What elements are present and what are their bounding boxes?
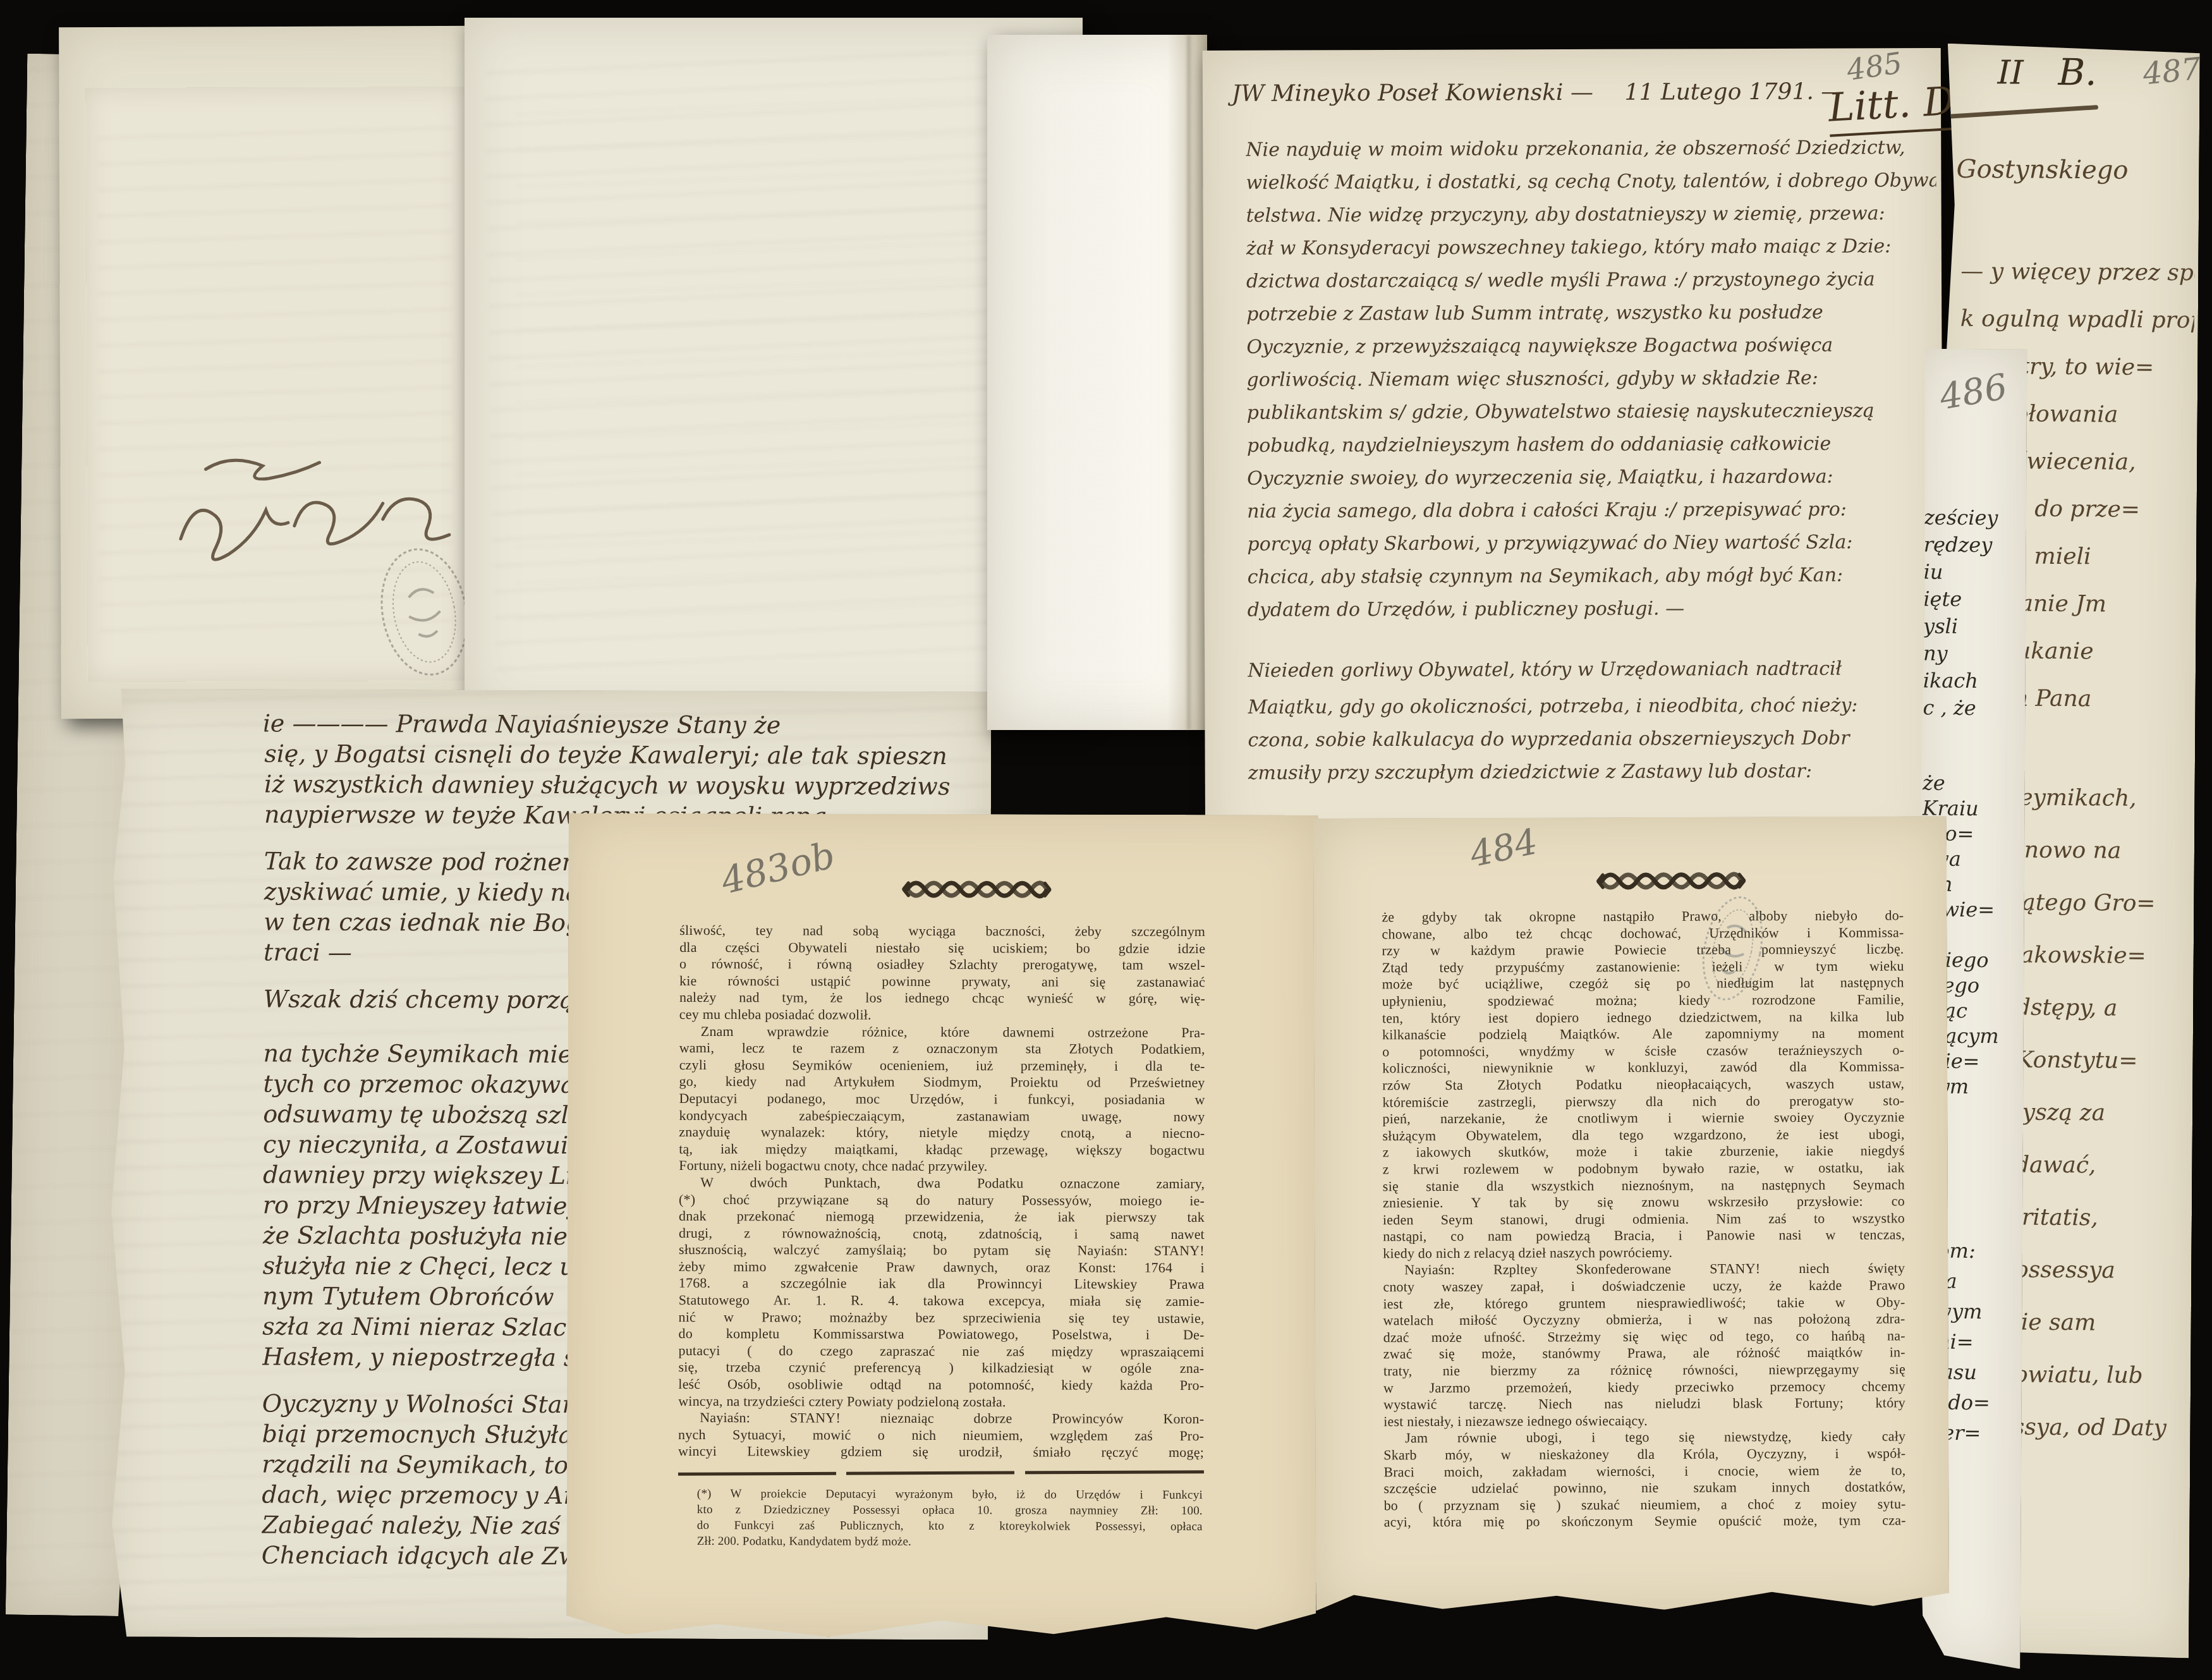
header-b-mark: B.	[2058, 51, 2097, 94]
header-author-date: JW Mineyko Poseł Kowienski — 11 Lutego 1…	[1232, 79, 1844, 107]
footnote-rule	[678, 1470, 1204, 1476]
printed-line: chowane, albo też chcąc dochować, Urzędn…	[1382, 924, 1904, 942]
printed-line: dla części Obywateli niestało się uciski…	[679, 939, 1205, 958]
printed-line: Deputacyi podanego, moc Urzędów, i funkc…	[679, 1090, 1205, 1109]
printed-line: ieden Seym stanowi, drugi odmienia. Nim …	[1383, 1210, 1905, 1228]
printed-line: wincya, na trzydzieści cztery Powiaty po…	[678, 1393, 1204, 1411]
printed-line: z krwi rozlewem w podobnym bywało razie,…	[1383, 1159, 1905, 1178]
printed-line: nić w Prawo; możnażby bez sprzeciwienia …	[679, 1309, 1205, 1327]
printed-line: watelach miłość Oyczyzny obmierża, i w n…	[1383, 1311, 1905, 1329]
manuscript-line: gorliwością. Niemam więc słuszności, gdy…	[1246, 367, 1936, 402]
fragment-line: ięte	[1923, 587, 2023, 615]
manuscript-lines-485: Nie nayduię w moim widoku przekonania, ż…	[1246, 137, 1938, 795]
footnote-line: (*) W proiekcie Deputacyi wyrażonym było…	[697, 1487, 1203, 1504]
manuscript-line: telstwa. Nie widzę przyczyny, aby dostat…	[1246, 202, 1936, 238]
printed-line: kondycyach zabeśpieczaiącym, zastanawiam…	[679, 1107, 1205, 1125]
printed-line: do kompletu Kommissarstwa Powiatowego, P…	[679, 1325, 1205, 1344]
printed-line: drugi, z równoważnością, cnotą, zdatnośc…	[679, 1225, 1205, 1243]
printed-line: któremiście zastrzegli, pierwszy dla nic…	[1382, 1092, 1904, 1111]
printed-line: koliczności, niewyniknie w konkluzyi, za…	[1382, 1059, 1904, 1077]
printed-line: cnoty waszey zapał, i doświadczenie uczy…	[1383, 1277, 1905, 1296]
printed-line: acyi, która mię po skończonym Seymie opu…	[1384, 1513, 1906, 1531]
ink-flourish-underline	[1947, 105, 2098, 119]
fragment-line: a nowo na	[2003, 837, 2194, 891]
printed-line: kie równości ustąpić powinne prywaty, an…	[679, 973, 1205, 991]
fragment-line: Seymikach,	[2003, 784, 2194, 838]
printed-line: tą, iak między maiątkami, kładąc przewag…	[679, 1141, 1205, 1159]
manuscript-line: nia życia samego, dla dobra i całości Kr…	[1247, 498, 1937, 533]
printed-page-484: 484 że gdyby tak okropne nastąpiło Prawo…	[1313, 816, 1949, 1610]
printed-line: rzów Sta Złotych Podatku nieopłacaiących…	[1382, 1075, 1904, 1093]
printed-line: iest złe, którego gruntem niesprawiedliw…	[1383, 1294, 1905, 1312]
printed-line: należy nad tym, że los iednego chcąc wyn…	[679, 989, 1205, 1007]
printed-line: leść Osób, osobliwie odtąd na potomność,…	[678, 1376, 1204, 1394]
printed-line: znayduię wynalazek: który, nietyle międz…	[679, 1124, 1205, 1142]
oval-ink-stamp	[377, 544, 472, 681]
letter-mark-litt-d: Litt. D	[1827, 78, 1956, 137]
manuscript-line: Nie nayduię w moim widoku przekonania, ż…	[1246, 137, 1936, 172]
bleedthrough-text	[485, 51, 1052, 679]
fragment-line: essya, od Daty	[1999, 1414, 2189, 1468]
printed-line: cey mu chleba posiadać dozwolił.	[679, 1006, 1205, 1025]
printed-line: dnak przekonać niemogą przewidzenia, że …	[679, 1208, 1205, 1226]
printed-line: Nayiaśn: Rzpltey Skonfederowane STANY! n…	[1383, 1260, 1905, 1279]
fragment-line: Rakowskie=	[2002, 942, 2192, 995]
fragment-line: rędzey	[1924, 533, 2024, 561]
fragment-line: ześciey	[1924, 506, 2024, 533]
printed-line: żeby mimo zgwałcenie Praw dawnych, oraz …	[679, 1258, 1205, 1277]
header-ii-mark: II	[1997, 54, 2024, 92]
printed-line: bo ( przyznam się ) szukać nieumiem, a c…	[1384, 1495, 1906, 1514]
pencil-folio-484: 484	[1466, 821, 1541, 875]
fragment-line: adawać,	[2001, 1152, 2191, 1205]
footnote-line: do Funkcyi zaś Publicznych, kto z ktorey…	[697, 1519, 1203, 1536]
manuscript-line: się, y Bogatsi cisnęli do teyże Kawalery…	[264, 740, 1029, 772]
printed-line: Ztąd tedy przypuśćmy zastanowienie: ieże…	[1382, 958, 1904, 976]
archival-scan-canvas: zostawnie ———— Prawda Nayiaśnieysze Stan…	[0, 0, 2212, 1680]
manuscript-line: Oyczyznie, z przewyższaiącą naywiększe B…	[1246, 334, 1936, 369]
fragment-line: alie sam	[2000, 1309, 2190, 1363]
printed-line: zwać się może, stanówmy Prawa, ale różno…	[1383, 1344, 1905, 1363]
printed-line: ten, który iest dopiero iednego dziedzic…	[1382, 1008, 1904, 1026]
fragment-column-lower: Seymikach,a nowo nasiątego Gro=Rakowskie…	[1999, 784, 2194, 1468]
printed-line: się, trzeba czynić preferencyą ) kilkadz…	[678, 1359, 1204, 1377]
printed-line: wami, lecz te razem z oznaczonym sta Zło…	[679, 1040, 1205, 1058]
fragment-line: k ogulną wpadli propo=	[1960, 306, 2194, 355]
printed-line: Skarb móy, w nieskażoney dla Króla, Oycz…	[1383, 1445, 1905, 1463]
printed-line: Braci moich, zakładam wierności, i cnoci…	[1383, 1462, 1905, 1480]
printed-line: zniesienie. Y tak by się znowu wskrzesił…	[1383, 1193, 1905, 1212]
fragment-line: ysli	[1923, 614, 2023, 642]
round-ink-stamp	[1698, 891, 1768, 1005]
woven-band-ornament	[902, 875, 1051, 904]
fragment-line: — y więcey przez spory	[1960, 259, 2195, 308]
fragment-line: Possessya	[2000, 1257, 2191, 1310]
printed-line: 1768. a szczególnie iak dla Prowinncyi L…	[679, 1275, 1205, 1293]
printed-line: pień, narzekanie, że cnotliwym i wiernie…	[1382, 1109, 1904, 1128]
manuscript-line: pobudką, naydzielnieyszym hasłem do odda…	[1247, 432, 1937, 468]
printed-line: iest niestały, i niezawsze iednego oświe…	[1383, 1411, 1905, 1430]
printed-line: z iakowych skutków, może i takie zburzen…	[1383, 1143, 1905, 1161]
fragment-line: ikach	[1923, 669, 2023, 697]
printed-line: upłynieniu, spodziewać można; kiedy rozr…	[1382, 991, 1904, 1009]
fragment-line: c , że	[1923, 696, 2022, 724]
printed-line: W dwóch Punktach, dwa Podatku oznaczone …	[679, 1174, 1205, 1193]
printed-line: kiedy do nich z relacyą dzieł naszych po…	[1383, 1243, 1905, 1262]
pencil-folio-486: 486	[1936, 366, 2010, 418]
fold-crease	[1187, 35, 1191, 730]
fragment-line: ny	[1923, 642, 2023, 669]
printed-line: go, kiedy nad Artykułem Siodmym, Proiekt…	[679, 1073, 1205, 1092]
printed-line: rzy w każdym prawie Powiecie trzeba pomn…	[1382, 941, 1904, 959]
printed-line: może być uciążliwe, czegóż się po niedłu…	[1382, 975, 1904, 993]
printed-text-483ob: śliwość, tey nad sobą wyciąga baczności,…	[678, 922, 1205, 1461]
printed-line: o równość, i równą osiadłey Szlachty pre…	[679, 956, 1205, 974]
manuscript-line: wielkość Maiątku, i dostatki, są cechą C…	[1246, 169, 1936, 205]
manuscript-line: publikantskim s/ gdzie, Obywatelstwo sta…	[1247, 399, 1937, 435]
manuscript-line: dzictwa dostarczaiącą s/ wedle myśli Pra…	[1246, 268, 1936, 303]
printed-line: w Jarzmo przemożeń, kiedy przeciwko prze…	[1383, 1378, 1905, 1396]
printed-line: się stanie dla wszystkich nieznośnym, na…	[1383, 1176, 1905, 1195]
printed-line: szczęście udzielać powinno, nie szukam i…	[1383, 1479, 1905, 1497]
printed-line: putacyi ( do czego zapraszać nie zaś mię…	[678, 1342, 1204, 1361]
printed-line: śliwość, tey nad sobą wyciąga baczności,…	[679, 922, 1205, 940]
fragment-line: ieyszą za	[2002, 1099, 2192, 1153]
manuscript-line: porcyą opłaty Skarbowi, y przywiązywać d…	[1247, 531, 1937, 566]
manuscript-line: iż wszystkich dawniey służących w woysku…	[264, 770, 1029, 803]
manuscript-line: żał w Konsyderacyi powszechney takiego, …	[1246, 235, 1936, 271]
printed-line: traty, nie bierzmy za różnicę równości, …	[1383, 1361, 1905, 1380]
printed-line: Nayiaśn: STANY! nieznaiąc dobrze Prowinc…	[678, 1409, 1204, 1428]
fragment-line: ioritatis,	[2001, 1204, 2191, 1258]
fragment-line: iu	[1923, 560, 2023, 588]
footnote-line: Złł: 200. Podatku, Kandydatem bydź może.	[697, 1535, 1203, 1552]
fragment-line: odstępy, a	[2002, 994, 2192, 1048]
printed-line: służącym Obywatelem, dla tego wzgardzono…	[1383, 1126, 1905, 1144]
fragment-line: i Konstytu=	[2002, 1047, 2192, 1100]
printed-line: kilkanaście podzielą Maiątków. Ale zapom…	[1382, 1025, 1904, 1044]
printed-line: o potomności, wnydźmy w ścisłe czasów te…	[1382, 1042, 1904, 1060]
printed-line: czyli głosu Seymików ocenieniem, iuż prz…	[679, 1057, 1205, 1075]
printed-line: wincyi Litewskiey gdziem się urodził, śm…	[678, 1443, 1204, 1461]
manuscript-line: dydatem do Urzędów, i publiczney posługi…	[1248, 597, 1938, 632]
fragment-line: Powiatu, lub	[2000, 1361, 2190, 1415]
pencil-folio-483ob: 483ob	[717, 833, 839, 903]
pencil-folio-487: 487	[2141, 51, 2203, 92]
manuscript-line: chcica, aby stałsię czynnym na Seymikach…	[1248, 564, 1938, 599]
printed-line: nastąpi, co nam powiedzą Bracia, i Panow…	[1383, 1227, 1905, 1245]
manuscript-line: Maiątku, gdy go okoliczności, potrzeba, …	[1248, 694, 1938, 729]
printed-line: Jam równie ubogi, i tego się niewstydzę,…	[1383, 1428, 1905, 1447]
bleedthrough-text	[515, 94, 1021, 637]
fragment-line: siątego Gro=	[2003, 889, 2193, 943]
manuscript-line: potrzebie z Zastaw lub Summ intratę, wsz…	[1246, 301, 1936, 336]
printed-page-483ob: 483ob śliwość, tey nad sobą wyciąga bacz…	[566, 813, 1318, 1638]
footnote-line: kto z Dziedziczney Possessyi opłaca 10. …	[697, 1503, 1203, 1520]
strip-fragments-band1: ześcieyrędzeyiuięteyslinyikachc , że	[1923, 506, 2024, 724]
printed-line: słusznością, walczyć zamyślaią; bo pytam…	[679, 1241, 1205, 1260]
manuscript-line: Oyczyznie swoiey, do wyrzeczenia się, Ma…	[1247, 465, 1937, 501]
header-date: 11 Lutego 1791. —	[1624, 79, 1844, 106]
manuscript-line: Nieieden gorliwy Obywatel, który w Urzęd…	[1248, 657, 1938, 697]
manuscript-page-485: JW Mineyko Poseł Kowienski — 11 Lutego 1…	[1203, 48, 1944, 870]
manuscript-line: czona, sobie kalkulacya do wyprzedania o…	[1248, 727, 1938, 762]
manuscript-line: zmusiły przy szczupłym dziedzictwie z Za…	[1248, 760, 1938, 795]
footnote-text: (*) W proiekcie Deputacyi wyrażonym było…	[697, 1487, 1203, 1552]
printed-line: (*) choć przywiązane są do natury Posses…	[679, 1191, 1205, 1209]
fragment-line: że	[1923, 771, 2022, 797]
printed-line: Fortuny, niżeli bogactwu cnoty, chce nad…	[679, 1157, 1205, 1176]
blank-folded-sheet	[987, 35, 1207, 730]
printed-line: że gdyby tak okropne nastąpiło Prawo, al…	[1382, 907, 1904, 925]
printed-line: wystawić tarczę. Niech nas nieludzi blas…	[1383, 1395, 1905, 1413]
manuscript-line: zostawnie ———— Prawda Nayiaśnieysze Stan…	[262, 709, 1030, 742]
name-note-gostynskiego: Gostynskiego	[1956, 155, 2128, 185]
printed-line: Statutowego Ar. 1. R. 4. takowa excepcya…	[679, 1292, 1205, 1310]
header-author: JW Mineyko Poseł Kowienski —	[1232, 80, 1593, 107]
printed-text-484: że gdyby tak okropne nastąpiło Prawo, al…	[1382, 907, 1905, 1531]
faint-page-top-left	[59, 26, 499, 719]
printed-line: dzać może ufność. Strzeżmy się więc od t…	[1383, 1327, 1905, 1346]
printed-line: nych Sytuacyi, mowić o nich nieumiem, wz…	[678, 1427, 1204, 1445]
printed-line: Znam wprawdzie różnice, które dawnemi os…	[679, 1023, 1205, 1041]
